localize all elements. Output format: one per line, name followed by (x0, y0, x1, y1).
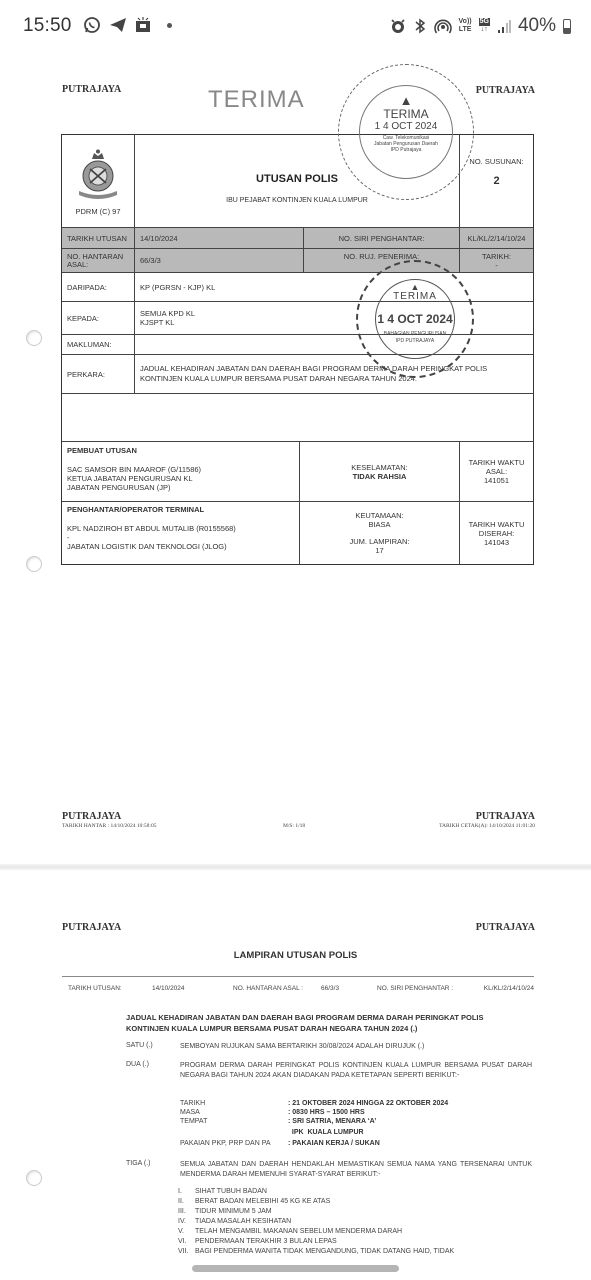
whatsapp-icon (83, 16, 101, 34)
keselamatan-label: KESELAMATAN: (351, 463, 407, 472)
clock: 15:50 (23, 15, 72, 37)
lampiran-title: LAMPIRAN UTUSAN POLIS (0, 950, 591, 961)
para-text: PROGRAM DERMA DARAH PERINGKAT POLIS KONT… (180, 1061, 532, 1081)
req-num: VII. (178, 1248, 189, 1255)
form-code: PDRM (C) 97 (75, 207, 120, 216)
req-text: TELAH MENGAMBIL MAKANAN SEBELUM MENDERMA… (195, 1228, 402, 1235)
para-label: TIGA (.) (126, 1160, 151, 1167)
req-text: SIHAT TUBUH BADAN (195, 1188, 267, 1195)
keutamaan-label: KEUTAMAAN: (355, 511, 403, 520)
stamp-1-line: IPD Putrajaya (339, 147, 473, 153)
tarikh-cell: TARIKH: - (460, 249, 533, 272)
jum-lampiran-value: 17 (375, 546, 383, 555)
tarikh-value: - (495, 261, 498, 270)
footer-page-number: M/S: 1/18 (283, 823, 305, 829)
battery-percent: 40% (518, 15, 556, 37)
penghantar-label: PENGHANTAR/OPERATOR TERMINAL (67, 505, 204, 514)
req-text: PENDERMAAN TERAKHIR 3 BULAN LEPAS (195, 1238, 337, 1245)
para-text: SEMUA JABATAN DAN DAERAH HENDAKLAH MEMAS… (180, 1160, 532, 1180)
perkara-value: JADUAL KEHADIRAN JABATAN DAN DAERAH BAGI… (135, 355, 533, 393)
footer-tarikh-hantar: TARIKH HANTAR : 14/10/2024 10:58:05 (62, 823, 156, 829)
no-hantaran-value: 66/3/3 (135, 249, 304, 272)
signal-icon (497, 19, 511, 33)
punch-hole (26, 556, 42, 572)
req-num: V. (178, 1228, 184, 1235)
header-right-place: PUTRAJAYA (476, 85, 535, 96)
meta-hantaran-label: NO. HANTARAN ASAL : (233, 985, 303, 992)
hotspot-icon (434, 17, 452, 35)
header-right-place: PUTRAJAYA (476, 922, 535, 933)
pembuat-label: PEMBUAT UTUSAN (67, 446, 137, 455)
volte-icon: Vo))LTE (459, 18, 472, 34)
battery-icon (563, 19, 571, 34)
tw-diserah-label: TARIKH WAKTU DISERAH: (465, 520, 528, 538)
tw-diserah-cell: TARIKH WAKTU DISERAH: 141043 (460, 502, 533, 564)
detail-value: : PAKAIAN KERJA / SUKAN (288, 1140, 380, 1147)
stamp-1-date: 1 4 OCT 2024 (339, 121, 473, 132)
detail-key: TARIKH (180, 1100, 205, 1107)
perkara-label: PERKARA: (62, 355, 135, 393)
req-num: VI. (178, 1238, 187, 1245)
meta-hantaran-value: 66/3/3 (321, 985, 339, 992)
detail-key: TEMPAT (180, 1118, 207, 1125)
stamp-1-title: TERIMA (339, 107, 473, 121)
meta-siri-value: KL/KL/2/14/10/24 (484, 985, 534, 992)
telegram-icon (109, 17, 127, 33)
status-bar: 15:50 Vo))LTE 5G↓↑ 40% (0, 0, 591, 54)
para-text: SEMBOYAN RUJUKAN SAMA BERTARIKH 30/08/20… (180, 1042, 532, 1052)
meta-tarikh-value: 14/10/2024 (152, 985, 185, 992)
detail-key: PAKAIAN PKP, PRP DAN PA (180, 1140, 271, 1147)
kepada-line: SEMUA KPD KL (140, 309, 195, 318)
kepada-line: KJSPT KL (140, 318, 174, 327)
makluman-value (135, 335, 533, 354)
req-text: TIADA MASALAH KESIHATAN (195, 1218, 291, 1225)
blank-row (62, 394, 533, 441)
footer-tarikh-cetak: TARIKH CETAK(A): 14/10/2024 11:01:20 (439, 823, 535, 829)
req-num: I. (178, 1188, 182, 1195)
form-subtitle: IBU PEJABAT KONTINJEN KUALA LUMPUR (226, 197, 368, 204)
document-page-2[interactable]: PUTRAJAYA PUTRAJAYA LAMPIRAN UTUSAN POLI… (0, 870, 591, 1280)
stamp-2-line: IPD PUTRAJAYA (358, 338, 472, 344)
jum-lampiran-label: JUM. LAMPIRAN: (349, 537, 409, 546)
meta-tarikh-label: TARIKH UTUSAN: (68, 985, 122, 992)
form-title: UTUSAN POLIS (256, 173, 338, 185)
req-num: III. (178, 1208, 186, 1215)
keselamatan-cell: KESELAMATAN: TIDAK RAHSIA (300, 442, 460, 501)
para-label: DUA (.) (126, 1061, 149, 1068)
tw-asal-cell: TARIKH WAKTU ASAL: 141051 (460, 442, 533, 501)
no-susunan-value: 2 (493, 175, 499, 187)
punch-hole (26, 1170, 42, 1186)
detail-key: MASA (180, 1109, 200, 1116)
tarikh-label: TARIKH: (482, 252, 511, 261)
gallery-icon (135, 17, 151, 33)
penghantar-cell: PENGHANTAR/OPERATOR TERMINAL KPL NADZIRO… (62, 502, 300, 564)
horizontal-scrollbar[interactable] (192, 1265, 399, 1272)
req-num: IV. (178, 1218, 186, 1225)
tarikh-utusan-label: TARIKH UTUSAN (62, 228, 135, 248)
makluman-label: MAKLUMAN: (62, 335, 135, 354)
detail-value: : 0830 HRS – 1500 HRS (288, 1109, 365, 1116)
no-siri-value: KL/KL/2/14/10/24 (460, 228, 533, 248)
5g-icon: 5G↓↑ (479, 18, 490, 34)
stamp-2-title: TERIMA (358, 291, 472, 302)
no-susunan-label: NO. SUSUNAN: (469, 157, 523, 166)
meta-siri-label: NO. SIRI PENGHANTAR : (377, 985, 453, 992)
terima-label: TERIMA (208, 86, 305, 114)
req-num: II. (178, 1198, 184, 1205)
alarm-icon (390, 18, 406, 34)
penghantar-line: - (67, 533, 70, 542)
punch-hole (26, 330, 42, 346)
header-left-place: PUTRAJAYA (62, 84, 121, 95)
lampiran-subject: JADUAL KEHADIRAN JABATAN DAN DAERAH BAGI… (126, 1012, 506, 1034)
detail-value: IPK KUALA LUMPUR (288, 1129, 364, 1136)
received-stamp-1: ▲ TERIMA 1 4 OCT 2024 Caw. Telekomunikas… (338, 64, 474, 200)
req-text: BAGI PENDERMA WANITA TIDAK MENGANDUNG, T… (195, 1248, 454, 1255)
header-left-place: PUTRAJAYA (62, 922, 121, 933)
pembuat-cell: PEMBUAT UTUSAN SAC SAMSOR BIN MAAROF (G/… (62, 442, 300, 501)
tw-diserah-value: 141043 (484, 538, 509, 547)
bluetooth-icon (413, 18, 427, 34)
tw-asal-value: 141051 (484, 476, 509, 485)
received-stamp-2: ▲ TERIMA 1 4 OCT 2024 BAHAGIAN PENGURUSA… (356, 260, 474, 378)
no-hantaran-label: NO. HANTARAN ASAL: (62, 249, 135, 272)
footer-right-place: PUTRAJAYA (476, 811, 535, 822)
keselamatan-value: TIDAK RAHSIA (353, 472, 407, 481)
req-text: TIDUR MINIMUM 5 JAM (195, 1208, 272, 1215)
pembuat-line: KETUA JABATAN PENGURUSAN KL (67, 474, 193, 483)
daripada-value: KP (PGRSN - KJP) KL (135, 273, 533, 301)
para-label: SATU (.) (126, 1042, 153, 1049)
keutamaan-cell: KEUTAMAAN: BIASA JUM. LAMPIRAN: 17 (300, 502, 460, 564)
pdrm-crest-icon (76, 149, 120, 199)
daripada-label: DARIPADA: (62, 273, 135, 301)
pembuat-line: SAC SAMSOR BIN MAAROF (G/11586) (67, 465, 201, 474)
tw-asal-label: TARIKH WAKTU ASAL: (465, 458, 528, 476)
no-siri-label: NO. SIRI PENGHANTAR: (304, 228, 460, 248)
footer-left-place: PUTRAJAYA (62, 811, 121, 822)
notification-dot-icon (167, 23, 172, 28)
detail-value: : 21 OKTOBER 2024 HINGGA 22 OKTOBER 2024 (288, 1100, 448, 1107)
stamp-2-line: BAHAGIAN PENGURUSAN (358, 331, 472, 337)
pembuat-line: JABATAN PENGURUSAN (JP) (67, 483, 170, 492)
document-page-1[interactable]: PUTRAJAYA PUTRAJAYA TERIMA PDRM (C) 97 U… (0, 54, 591, 864)
kepada-label: KEPADA: (62, 302, 135, 334)
tarikh-utusan-value: 14/10/2024 (135, 228, 304, 248)
divider-line (62, 976, 534, 977)
detail-value: : SRI SATRIA, MENARA ‘A’ (288, 1118, 376, 1125)
penghantar-line: JABATAN LOGISTIK DAN TEKNOLOGI (JLOG) (67, 542, 227, 551)
logo-cell: PDRM (C) 97 (62, 135, 135, 227)
stamp-2-date: 1 4 OCT 2024 (358, 312, 472, 326)
req-text: BERAT BADAN MELEBIHI 45 KG KE ATAS (195, 1198, 330, 1205)
keutamaan-value: BIASA (368, 520, 390, 529)
penghantar-line: KPL NADZIROH BT ABDUL MUTALIB (R0155568) (67, 524, 236, 533)
